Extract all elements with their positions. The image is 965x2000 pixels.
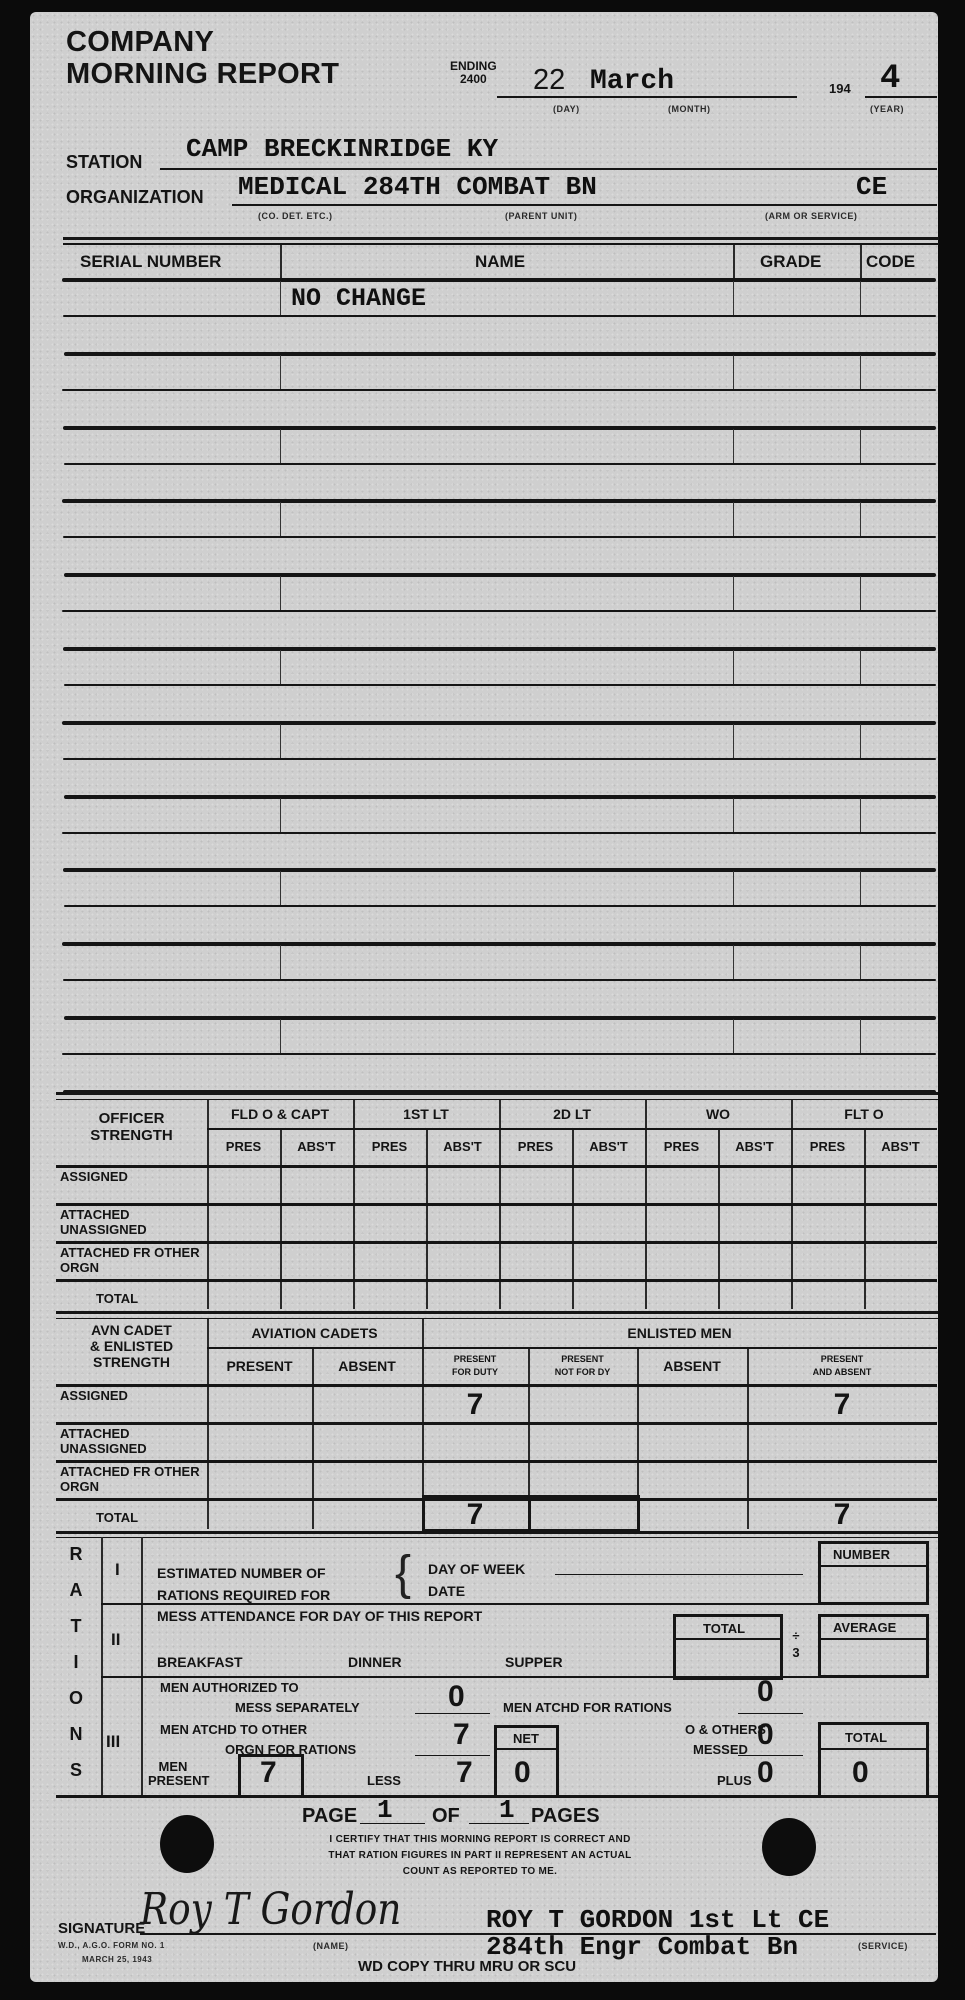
enlisted-total-box-divider — [528, 1497, 531, 1529]
officer-group-header: FLT O — [791, 1100, 937, 1128]
average-rule — [821, 1638, 926, 1640]
service-caption: (SERVICE) — [858, 1941, 908, 1951]
part1-text: ESTIMATED NUMBER OF RATIONS REQUIRED FOR — [157, 1562, 330, 1606]
col-name: NAME — [475, 252, 525, 272]
roster-col-divider — [860, 281, 861, 315]
men-present-label-2: PRESENT — [148, 1774, 198, 1788]
roster-col-divider — [860, 945, 861, 979]
roster-col-divider — [860, 502, 861, 536]
officer-top-rule — [56, 1092, 938, 1095]
officer-sub-header: PRES — [791, 1128, 864, 1165]
rations-letter: S — [66, 1760, 86, 1781]
roster-col-divider — [280, 576, 281, 610]
officer-cell[interactable] — [572, 1168, 645, 1203]
roster-row[interactable] — [62, 945, 936, 979]
enlisted-row-label: ATTACHED FR OTHER ORGN — [60, 1464, 205, 1494]
roster-col-divider — [280, 281, 281, 315]
officer-cell[interactable] — [645, 1206, 718, 1241]
less-value[interactable]: 7 — [456, 1756, 473, 1790]
others-value[interactable]: 0 — [757, 1718, 774, 1752]
enlisted-cell[interactable] — [528, 1425, 637, 1460]
enlisted-col-header: PRESENTFOR DUTY — [422, 1347, 528, 1384]
certification-text: I CERTIFY THAT THIS MORNING REPORT IS CO… — [260, 1832, 700, 1880]
day-of-week-field[interactable] — [555, 1574, 803, 1575]
month-value[interactable]: March — [590, 66, 674, 97]
roster-col-divider — [733, 650, 734, 684]
officer-cell[interactable] — [718, 1206, 791, 1241]
officer-group-header: FLD O & CAPT — [207, 1100, 353, 1128]
roster-col-divider — [280, 429, 281, 463]
roster-col-divider — [280, 798, 281, 832]
enlisted-col-header: PRESENTAND ABSENT — [747, 1347, 937, 1384]
year-caption: (YEAR) — [870, 104, 904, 114]
officer-cell[interactable] — [499, 1168, 572, 1203]
roster-col-divider — [860, 871, 861, 905]
officer-title-line1: OFFICER — [56, 1110, 207, 1127]
officer-cell[interactable] — [426, 1206, 499, 1241]
enlisted-title-line: STRENGTH — [56, 1354, 207, 1370]
officer-cell[interactable] — [426, 1168, 499, 1203]
mess-total-label: TOTAL — [703, 1621, 745, 1636]
enlisted-cell[interactable] — [422, 1425, 528, 1460]
roster-row[interactable] — [62, 539, 936, 573]
officer-group-header: 2D LT — [499, 1100, 645, 1128]
enlisted-col-header-line: NOT FOR DY — [555, 1366, 611, 1379]
ending-label: ENDING 2400 — [450, 60, 497, 86]
rations-bottom-rule — [56, 1795, 938, 1798]
pages-label: PAGES — [531, 1805, 600, 1828]
enlisted-cell[interactable] — [207, 1425, 312, 1460]
punch-hole-right — [762, 1818, 816, 1876]
mess-total-rule — [676, 1638, 780, 1640]
year-underline — [865, 96, 937, 98]
officer-row-label: ATTACHED UNASSIGNED — [60, 1207, 205, 1237]
officer-sub-header: PRES — [207, 1128, 280, 1165]
certify-line-3: COUNT AS REPORTED TO ME. — [260, 1864, 700, 1880]
roster-col-divider — [280, 945, 281, 979]
rations-letter: O — [66, 1688, 86, 1709]
enlisted-cell[interactable]: 7 — [747, 1501, 937, 1529]
enlisted-col-header: PRESENTNOT FOR DY — [528, 1347, 637, 1384]
officer-cell[interactable] — [864, 1206, 937, 1241]
roster-row[interactable] — [62, 1019, 936, 1053]
auth-label-2: MESS SEPARATELY — [235, 1700, 360, 1715]
form-number: W.D., A.G.O. FORM NO. 1 — [58, 1941, 165, 1950]
day-value[interactable]: 22 — [533, 64, 565, 97]
officer-cell[interactable] — [499, 1244, 572, 1279]
year-value[interactable]: 4 — [880, 60, 900, 98]
roster-row[interactable] — [62, 798, 936, 832]
officer-cell[interactable] — [280, 1168, 353, 1203]
officer-cell[interactable] — [791, 1168, 864, 1203]
roster-row[interactable] — [62, 355, 936, 389]
roster-row[interactable] — [62, 761, 936, 795]
officer-sub-header: ABS'T — [864, 1128, 937, 1165]
roster-header-divider — [733, 245, 735, 278]
enlisted-row-label: ATTACHED UNASSIGNED — [60, 1426, 205, 1456]
arm-of-service-value[interactable]: CE — [856, 172, 887, 202]
roster-col-divider — [733, 871, 734, 905]
roster-col-divider — [280, 871, 281, 905]
of-label: OF — [432, 1805, 460, 1828]
auth-value[interactable]: 0 — [448, 1680, 465, 1714]
roster-col-divider — [733, 1019, 734, 1053]
enlisted-cell[interactable] — [207, 1463, 312, 1498]
enlisted-col-header-line: PRESENT — [454, 1353, 497, 1366]
average-label: AVERAGE — [833, 1620, 896, 1635]
enlisted-cell[interactable] — [207, 1387, 312, 1422]
roster-entry-name[interactable]: NO CHANGE — [291, 284, 426, 313]
officer-cell[interactable] — [572, 1282, 645, 1309]
rations-total-label: TOTAL — [845, 1730, 887, 1745]
enlisted-top-rule — [56, 1311, 938, 1314]
roster-row[interactable] — [62, 392, 936, 426]
part1-text-line2: RATIONS REQUIRED FOR — [157, 1584, 330, 1606]
roster-col-divider — [860, 650, 861, 684]
month-caption: (MONTH) — [668, 104, 711, 114]
roster-row-rule — [63, 536, 936, 538]
roster-col-divider — [280, 724, 281, 758]
officer-sub-header: ABS'T — [426, 1128, 499, 1165]
part1-numeral: I — [115, 1560, 120, 1580]
atchd-rations-label: MEN ATCHD FOR RATIONS — [503, 1700, 672, 1715]
enlisted-cell[interactable] — [747, 1425, 937, 1460]
plus-label: PLUS — [717, 1773, 752, 1788]
men-present-value[interactable]: 7 — [260, 1756, 277, 1790]
page-value[interactable]: 1 — [377, 1795, 393, 1825]
rations-top-rule — [56, 1531, 938, 1534]
enlisted-cell[interactable] — [528, 1387, 637, 1422]
number-box-rule — [821, 1565, 926, 1567]
net-label: NET — [513, 1731, 539, 1746]
signature-script[interactable]: Roy T Gordon — [140, 1884, 401, 1935]
officer-cell[interactable] — [207, 1168, 280, 1203]
roster-header-divider — [860, 245, 862, 278]
roster-row-rule — [62, 389, 936, 391]
roster-row[interactable] — [62, 1056, 936, 1090]
roster-col-divider — [733, 798, 734, 832]
col-grade: GRADE — [760, 252, 821, 272]
rations-letter: T — [66, 1616, 86, 1637]
roster-row-rule — [64, 463, 936, 465]
roster-col-divider — [860, 429, 861, 463]
officer-cell[interactable] — [280, 1206, 353, 1241]
officer-cell[interactable] — [353, 1282, 426, 1309]
enlisted-cell[interactable] — [207, 1501, 312, 1529]
enlisted-cell[interactable] — [422, 1463, 528, 1498]
day-of-week-label: DAY OF WEEK — [428, 1562, 525, 1577]
enlisted-cell[interactable] — [637, 1463, 747, 1498]
officer-sub-header: PRES — [353, 1128, 426, 1165]
atchd-rations-value[interactable]: 0 — [757, 1675, 774, 1709]
enlisted-cell[interactable] — [312, 1387, 422, 1422]
officer-cell[interactable] — [207, 1206, 280, 1241]
rations-letter: R — [66, 1544, 86, 1565]
roster-col-divider — [280, 355, 281, 389]
co-det-caption: (CO. DET. ETC.) — [258, 211, 333, 221]
roster-header-divider — [280, 245, 282, 278]
roster-row[interactable] — [62, 687, 936, 721]
roster-top-rule — [63, 237, 939, 240]
roster-row-rule — [63, 979, 936, 981]
officer-sub-header: PRES — [645, 1128, 718, 1165]
officer-cell[interactable] — [645, 1244, 718, 1279]
punch-hole-left — [160, 1815, 214, 1873]
roster-row[interactable] — [62, 871, 936, 905]
enlisted-col-header: PRESENT — [207, 1347, 312, 1384]
officer-sub-header: ABS'T — [718, 1128, 791, 1165]
roster-col-divider — [860, 576, 861, 610]
officer-cell[interactable] — [353, 1244, 426, 1279]
roster-row[interactable] — [62, 281, 936, 315]
rations-letter: I — [66, 1652, 86, 1673]
signature-label: SIGNATURE — [58, 1920, 145, 1937]
roster-row-rule — [64, 905, 936, 907]
enlisted-col-header-line: ABSENT — [663, 1358, 721, 1374]
year-prefix: 194 — [829, 81, 851, 96]
officer-sub-header: ABS'T — [572, 1128, 645, 1165]
officer-sub-header: ABS'T — [280, 1128, 353, 1165]
plus-value[interactable]: 0 — [757, 1756, 774, 1790]
enlisted-col-header-line: FOR DUTY — [452, 1366, 498, 1379]
officer-cell[interactable] — [353, 1168, 426, 1203]
officer-cell[interactable] — [864, 1168, 937, 1203]
officer-cell[interactable] — [353, 1206, 426, 1241]
officer-cell[interactable] — [572, 1244, 645, 1279]
enlisted-cell[interactable]: 7 — [422, 1387, 528, 1422]
enlisted-col-header-line: ABSENT — [338, 1358, 396, 1374]
mess-attendance-title: MESS ATTENDANCE FOR DAY OF THIS REPORT — [157, 1609, 482, 1624]
rations-letter: A — [66, 1580, 86, 1601]
officer-cell[interactable] — [718, 1244, 791, 1279]
enlisted-cell[interactable] — [747, 1463, 937, 1498]
name-caption: (NAME) — [313, 1941, 349, 1951]
roster-col-divider — [280, 650, 281, 684]
roster-row-rule — [62, 832, 936, 834]
dinner-label[interactable]: DINNER — [348, 1655, 402, 1670]
organization-value[interactable]: MEDICAL 284TH COMBAT BN — [238, 172, 597, 202]
roster-col-divider — [733, 945, 734, 979]
enlisted-col-header-line: PRESENT — [561, 1353, 604, 1366]
station-value[interactable]: CAMP BRECKINRIDGE KY — [186, 134, 498, 164]
enlisted-cell[interactable] — [528, 1463, 637, 1498]
officer-cell[interactable] — [645, 1168, 718, 1203]
officer-cell[interactable] — [791, 1206, 864, 1241]
net-value[interactable]: 0 — [514, 1756, 531, 1790]
enlisted-col-header-line: PRESENT — [226, 1358, 292, 1374]
roster-col-divider — [733, 355, 734, 389]
enlisted-cell[interactable] — [312, 1463, 422, 1498]
rations-divider-1 — [101, 1537, 103, 1795]
enlisted-cell[interactable] — [312, 1501, 422, 1529]
enlisted-col-header: ABSENT — [637, 1347, 747, 1384]
pages-value[interactable]: 1 — [499, 1795, 515, 1825]
organization-label: ORGANIZATION — [66, 187, 204, 208]
enlisted-total-box — [422, 1495, 640, 1531]
roster-col-divider — [733, 429, 734, 463]
enlisted-row-label: ASSIGNED — [60, 1388, 205, 1403]
roster-row[interactable] — [62, 982, 936, 1016]
officer-group-header: WO — [645, 1100, 791, 1128]
atchd-other-label-1: MEN ATCHD TO OTHER — [160, 1722, 307, 1737]
rations-total-rule — [821, 1748, 926, 1750]
enlisted-title-line: AVN CADET — [56, 1322, 207, 1338]
officer-cell[interactable] — [718, 1282, 791, 1309]
signer-name[interactable]: ROY T GORDON 1st Lt CE — [486, 1905, 829, 1935]
roster-row[interactable] — [62, 466, 936, 500]
certify-line-1: I CERTIFY THAT THIS MORNING REPORT IS CO… — [260, 1832, 700, 1848]
officer-cell[interactable] — [864, 1244, 937, 1279]
others-label-1: O & OTHERS — [685, 1722, 766, 1737]
enlisted-cell[interactable] — [637, 1501, 747, 1529]
arm-service-caption: (ARM OR SERVICE) — [765, 211, 857, 221]
officer-cell[interactable] — [499, 1206, 572, 1241]
officer-row-label: ATTACHED FR OTHER ORGN — [60, 1245, 205, 1275]
officer-cell[interactable] — [280, 1282, 353, 1309]
station-label: STATION — [66, 152, 142, 173]
brace-icon: { — [395, 1550, 411, 1598]
officer-cell[interactable] — [207, 1282, 280, 1309]
roster-col-divider — [733, 724, 734, 758]
roster-col-divider — [280, 1019, 281, 1053]
roster-col-divider — [733, 576, 734, 610]
roster-row-rule — [63, 315, 936, 317]
certify-line-2: THAT RATION FIGURES IN PART II REPRESENT… — [260, 1848, 700, 1864]
form-date: MARCH 25, 1943 — [82, 1955, 152, 1964]
roster-col-divider — [733, 281, 734, 315]
enlisted-cell[interactable] — [312, 1425, 422, 1460]
parent-unit-caption: (PARENT UNIT) — [505, 211, 577, 221]
roster-col-divider — [733, 502, 734, 536]
part1-text-line1: ESTIMATED NUMBER OF — [157, 1562, 330, 1584]
officer-cell[interactable] — [572, 1206, 645, 1241]
rations-divider-2 — [141, 1537, 143, 1795]
rations-top-rule-2 — [56, 1537, 938, 1538]
roster-row[interactable] — [62, 502, 936, 536]
roster-row[interactable] — [62, 613, 936, 647]
enlisted-col-header: ABSENT — [312, 1347, 422, 1384]
enlisted-col-header-line: AND ABSENT — [813, 1366, 872, 1379]
enlisted-men-header: ENLISTED MEN — [422, 1319, 937, 1347]
officer-cell[interactable] — [791, 1282, 864, 1309]
roster-col-divider — [860, 724, 861, 758]
form-title-line1: COMPANY — [66, 26, 339, 58]
men-present-label-1: MEN — [148, 1760, 198, 1774]
roster-col-divider — [280, 502, 281, 536]
rations-total-value[interactable]: 0 — [852, 1756, 869, 1790]
supper-label[interactable]: SUPPER — [505, 1655, 563, 1670]
officer-cell[interactable] — [791, 1244, 864, 1279]
officer-cell[interactable] — [864, 1282, 937, 1309]
roster-row[interactable] — [62, 429, 936, 463]
officer-sub-header: PRES — [499, 1128, 572, 1165]
form-title-line2: MORNING REPORT — [66, 58, 339, 90]
officer-row-label: ASSIGNED — [60, 1169, 205, 1184]
enlisted-cell[interactable]: 7 — [747, 1387, 937, 1422]
men-present-label: MEN PRESENT — [148, 1760, 198, 1788]
officer-cell[interactable] — [718, 1168, 791, 1203]
roster-row[interactable] — [62, 650, 936, 684]
breakfast-label[interactable]: BREAKFAST — [157, 1655, 243, 1670]
roster-top-rule-2 — [63, 243, 939, 245]
part2-numeral: II — [111, 1630, 120, 1650]
officer-cell[interactable] — [426, 1282, 499, 1309]
col-code: CODE — [866, 252, 915, 272]
organization-underline — [232, 204, 937, 206]
roster-col-divider — [860, 355, 861, 389]
day-caption: (DAY) — [553, 104, 580, 114]
roster-col-divider — [860, 798, 861, 832]
roster-row[interactable] — [62, 724, 936, 758]
aviation-cadets-header: AVIATION CADETS — [207, 1319, 422, 1347]
auth-label-1: MEN AUTHORIZED TO — [160, 1680, 299, 1695]
net-rule — [497, 1748, 556, 1750]
form-title: COMPANY MORNING REPORT — [66, 26, 339, 90]
atchd-other-underline — [415, 1755, 490, 1756]
roster-row-rule — [62, 1053, 936, 1055]
officer-cell[interactable] — [499, 1282, 572, 1309]
officer-group-header: 1ST LT — [353, 1100, 499, 1128]
officer-cell[interactable] — [426, 1244, 499, 1279]
roster-row[interactable] — [62, 318, 936, 352]
enlisted-title-line: & ENLISTED — [56, 1338, 207, 1354]
officer-cell[interactable] — [280, 1244, 353, 1279]
part3-numeral: III — [106, 1732, 120, 1752]
roster-row-rule — [64, 684, 936, 686]
roster-row[interactable] — [62, 576, 936, 610]
ending-label-line2: 2400 — [450, 73, 497, 86]
enlisted-cell[interactable] — [637, 1425, 747, 1460]
wd-copy-note: WD COPY THRU MRU OR SCU — [358, 1958, 576, 1975]
rations-letter: N — [66, 1724, 86, 1745]
officer-cell[interactable] — [207, 1244, 280, 1279]
enlisted-cell[interactable] — [637, 1387, 747, 1422]
officer-strength-title: OFFICERSTRENGTH — [56, 1110, 207, 1144]
roster-row-rule — [63, 758, 936, 760]
roster-row-rule — [62, 610, 936, 612]
officer-title-line2: STRENGTH — [56, 1127, 207, 1144]
roster-row[interactable] — [62, 908, 936, 942]
officer-cell[interactable] — [645, 1282, 718, 1309]
page-label: PAGE — [302, 1805, 357, 1828]
enlisted-strength-title: AVN CADET& ENLISTEDSTRENGTH — [56, 1322, 207, 1370]
divide-by-three: ÷ 3 — [790, 1627, 802, 1661]
roster-col-divider — [860, 1019, 861, 1053]
atchd-other-value[interactable]: 7 — [453, 1718, 470, 1752]
station-underline — [160, 168, 937, 170]
atchd-rations-underline — [738, 1713, 803, 1714]
less-label: LESS — [367, 1773, 401, 1788]
roster-row[interactable] — [62, 835, 936, 869]
col-serial-number: SERIAL NUMBER — [80, 252, 221, 272]
date-label: DATE — [428, 1584, 465, 1599]
enlisted-col-header-line: PRESENT — [821, 1353, 864, 1366]
number-label: NUMBER — [833, 1547, 890, 1562]
